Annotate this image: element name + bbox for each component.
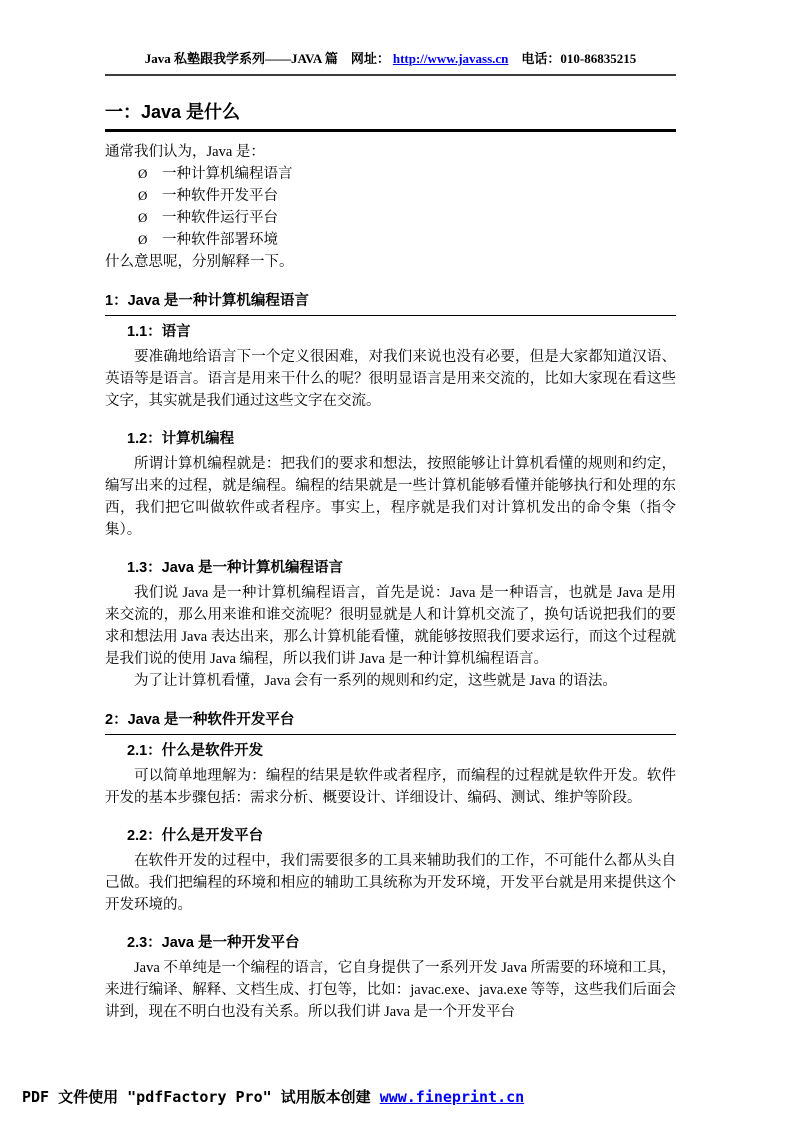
footer-text: PDF 文件使用 "pdfFactory Pro" 试用版本创建 [22, 1088, 371, 1106]
bullet-icon: Ø [138, 185, 162, 207]
paragraph: 要准确地给语言下一个定义很困难，对我们来说也没有必要，但是大家都知道汉语、英语等… [105, 346, 676, 412]
bullet-label: 一种计算机编程语言 [162, 163, 293, 185]
subsection-2-2-heading: 2.2：什么是开发平台 [127, 826, 676, 847]
header-site-label: 网址： [351, 51, 390, 66]
paragraph: 我们说 Java 是一种计算机编程语言，首先是说：Java 是一种语言，也就是 … [105, 582, 676, 670]
list-item: Ø 一种软件开发平台 [138, 185, 676, 207]
bullet-label: 一种软件部署环境 [162, 229, 278, 251]
subsection-1-1: 1.1：语言 要准确地给语言下一个定义很困难，对我们来说也没有必要，但是大家都知… [105, 322, 676, 412]
paragraph: 为了让计算机看懂，Java 会有一系列的规则和约定，这些就是 Java 的语法。 [105, 670, 676, 692]
subsection-1-3: 1.3：Java 是一种计算机编程语言 我们说 Java 是一种计算机编程语言，… [105, 558, 676, 692]
header-site-link[interactable]: http://www.javass.cn [393, 51, 509, 66]
subsection-2-1: 2.1：什么是软件开发 可以简单地理解为：编程的结果是软件或者程序，而编程的过程… [105, 741, 676, 809]
bullet-label: 一种软件开发平台 [162, 185, 278, 207]
bullet-list: Ø 一种计算机编程语言 Ø 一种软件开发平台 Ø 一种软件运行平台 Ø 一种软件… [138, 163, 676, 251]
paragraph: 在软件开发的过程中，我们需要很多的工具来辅助我们的工作，不可能什么都从头自己做。… [105, 850, 676, 916]
paragraph: 所谓计算机编程就是：把我们的要求和想法，按照能够让计算机看懂的规则和约定，编写出… [105, 453, 676, 541]
intro-tail: 什么意思呢，分别解释一下。 [105, 251, 676, 273]
paragraph: Java 不单纯是一个编程的语言，它自身提供了一系列开发 Java 所需要的环境… [105, 957, 676, 1023]
header-series-title: Java 私塾跟我学系列——JAVA 篇 [145, 51, 338, 66]
pdffactory-trial-footer: PDF 文件使用 "pdfFactory Pro" 试用版本创建www.fine… [22, 1086, 524, 1107]
document-body: 一：Java 是什么 通常我们认为，Java 是： Ø 一种计算机编程语言 Ø … [105, 100, 676, 1023]
list-item: Ø 一种计算机编程语言 [138, 163, 676, 185]
list-item: Ø 一种软件部署环境 [138, 229, 676, 251]
section-1: 1：Java 是一种计算机编程语言 1.1：语言 要准确地给语言下一个定义很困难… [105, 291, 676, 692]
section-2-heading: 2：Java 是一种软件开发平台 [105, 710, 676, 735]
header-phone: 电话：010-86835215 [521, 51, 636, 66]
section-2: 2：Java 是一种软件开发平台 2.1：什么是软件开发 可以简单地理解为：编程… [105, 710, 676, 1023]
subsection-2-3-heading: 2.3：Java 是一种开发平台 [127, 933, 676, 954]
paragraph: 可以简单地理解为：编程的结果是软件或者程序，而编程的过程就是软件开发。软件开发的… [105, 765, 676, 809]
list-item: Ø 一种软件运行平台 [138, 207, 676, 229]
subsection-1-3-heading: 1.3：Java 是一种计算机编程语言 [127, 558, 676, 579]
document-header: Java 私塾跟我学系列——JAVA 篇网址：http://www.javass… [105, 50, 676, 76]
subsection-1-2-heading: 1.2：计算机编程 [127, 429, 676, 450]
subsection-2-1-heading: 2.1：什么是软件开发 [127, 741, 676, 762]
bullet-icon: Ø [138, 163, 162, 185]
bullet-icon: Ø [138, 229, 162, 251]
subsection-2-2: 2.2：什么是开发平台 在软件开发的过程中，我们需要很多的工具来辅助我们的工作，… [105, 826, 676, 916]
page-title: 一：Java 是什么 [105, 100, 676, 132]
footer-fineprint-link[interactable]: www.fineprint.cn [380, 1088, 525, 1106]
section-1-heading: 1：Java 是一种计算机编程语言 [105, 291, 676, 316]
pdf-page: Java 私塾跟我学系列——JAVA 篇网址：http://www.javass… [0, 0, 793, 1122]
intro-lead: 通常我们认为，Java 是： [105, 141, 676, 163]
bullet-icon: Ø [138, 207, 162, 229]
subsection-1-1-heading: 1.1：语言 [127, 322, 676, 343]
subsection-2-3: 2.3：Java 是一种开发平台 Java 不单纯是一个编程的语言，它自身提供了… [105, 933, 676, 1023]
bullet-label: 一种软件运行平台 [162, 207, 278, 229]
subsection-1-2: 1.2：计算机编程 所谓计算机编程就是：把我们的要求和想法，按照能够让计算机看懂… [105, 429, 676, 541]
